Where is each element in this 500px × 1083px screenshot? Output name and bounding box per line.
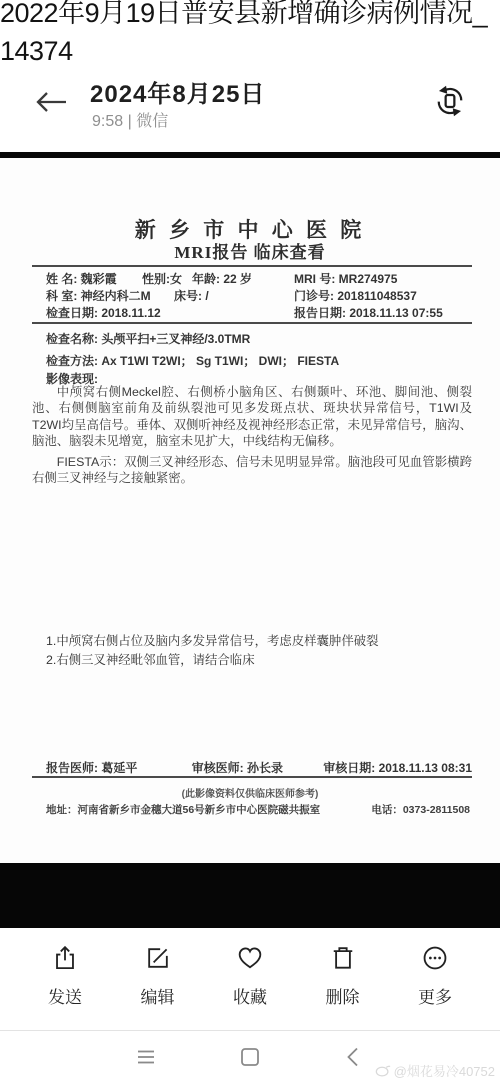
outpatient-number: 门诊号: 201811048537 xyxy=(294,287,472,304)
heart-icon xyxy=(236,944,264,972)
exam-name-row: 检查名称: 头颅平扫+三叉神经/3.0TMR xyxy=(46,330,250,347)
impression-line-1: 1.中颅窝右侧占位及脑内多发异常信号，考虑皮样囊肿伴破裂 xyxy=(46,632,472,651)
table-row: 姓 名: 魏彩霞 性别:女 年龄: 22 岁 MRI 号: MR274975 xyxy=(32,270,472,287)
disclaimer-text: (此影像资料仅供临床医师参考) xyxy=(0,785,500,800)
rotate-icon xyxy=(433,84,467,118)
report-type-subtitle: MRI报告 临床查看 xyxy=(0,244,500,262)
report-doctor: 报告医师: 葛延平 xyxy=(46,759,192,776)
footer-contact-row: 地址：河南省新乡市金穗大道56号新乡市中心医院磁共振室 电话：0373-2811… xyxy=(46,802,470,817)
hospital-address: 地址：河南省新乡市金穗大道56号新乡市中心医院磁共振室 xyxy=(46,802,320,817)
rule-under-signature xyxy=(32,776,472,778)
table-row: 检查日期: 2018.11.12 报告日期: 2018.11.13 07:55 xyxy=(32,304,472,321)
hospital-name: 新 乡 市 中 心 医 院 xyxy=(0,218,500,242)
favorite-label: 收藏 xyxy=(233,983,267,1008)
report-date: 报告日期: 2018.11.13 07:55 xyxy=(294,304,472,321)
patient-info-table: 姓 名: 魏彩霞 性别:女 年龄: 22 岁 MRI 号: MR274975 科… xyxy=(32,270,472,321)
rule-under-title xyxy=(32,265,472,267)
patient-bed: 床号: / xyxy=(174,287,294,304)
page-title: 2022年9月19日普安县新增确诊病例情况_14374 xyxy=(0,0,500,70)
hospital-phone: 电话：0373-2811508 xyxy=(371,802,470,817)
watermark-text: @烟花易冷40752 xyxy=(394,1061,495,1080)
mri-number: MRI 号: MR274975 xyxy=(294,270,472,287)
table-row: 科 室: 神经内科二M 床号: / 门诊号: 201811048537 xyxy=(32,287,472,304)
recents-button[interactable] xyxy=(237,1044,263,1070)
rotate-screen-button[interactable] xyxy=(433,84,467,118)
bottom-letterbox-bar xyxy=(0,863,500,928)
send-button[interactable]: 发送 xyxy=(33,938,97,1030)
edit-icon xyxy=(144,944,172,972)
gallery-header: 2024年8月25日 9:58 | 微信 xyxy=(0,72,500,152)
android-navbar: @烟花易冷40752 xyxy=(0,1030,500,1083)
review-doctor: 审核医师: 孙长录 xyxy=(192,759,324,776)
exam-date: 检查日期: 2018.11.12 xyxy=(46,304,294,321)
trash-icon xyxy=(329,944,357,972)
edit-label: 编辑 xyxy=(141,983,175,1008)
review-date: 审核日期: 2018.11.13 08:31 xyxy=(323,759,472,776)
more-icon xyxy=(421,944,449,972)
edit-button[interactable]: 编辑 xyxy=(126,938,190,1030)
impression-section: 1.中颅窝右侧占位及脑内多发异常信号，考虑皮样囊肿伴破裂 2.右侧三叉神经毗邻血… xyxy=(46,632,472,669)
findings-paragraph-1: 中颅窝右侧Meckel腔、右侧桥小脑角区、右侧颞叶、环池、脚间池、侧裂池、右侧侧… xyxy=(32,384,472,450)
back-nav-button[interactable] xyxy=(341,1044,367,1070)
more-label: 更多 xyxy=(418,983,452,1008)
back-arrow-icon xyxy=(34,88,68,116)
delete-label: 删除 xyxy=(326,983,360,1008)
action-toolbar: 发送 编辑 收藏 xyxy=(0,928,500,1030)
chevron-left-icon xyxy=(341,1044,367,1070)
findings-paragraph-2: FIESTA示：双侧三叉神经形态、信号未见明显异常。脑池段可见血管影横跨右侧三叉… xyxy=(32,454,472,487)
menu-icon xyxy=(133,1044,159,1070)
impression-line-2: 2.右侧三叉神经毗邻血管，请结合临床 xyxy=(46,651,472,670)
more-button[interactable]: 更多 xyxy=(403,938,467,1030)
patient-gender: 性别:女 xyxy=(142,270,192,287)
favorite-button[interactable]: 收藏 xyxy=(218,938,282,1030)
send-label: 发送 xyxy=(48,983,82,1008)
square-icon xyxy=(237,1044,263,1070)
mri-report-image[interactable]: 新 乡 市 中 心 医 院 MRI报告 临床查看 姓 名: 魏彩霞 性别:女 年… xyxy=(0,158,500,863)
date-title: 2024年8月25日 xyxy=(90,74,265,109)
patient-name: 姓 名: 魏彩霞 xyxy=(46,270,142,287)
back-button[interactable] xyxy=(34,88,68,116)
menu-button[interactable] xyxy=(133,1044,159,1070)
exam-method-row: 检查方法: Ax T1WI T2WI； Sg T1WI； DWI； FIESTA xyxy=(46,352,339,369)
findings-section: 中颅窝右侧Meckel腔、右侧桥小脑角区、右侧颞叶、环池、脚间池、侧裂池、右侧侧… xyxy=(32,384,472,486)
delete-button[interactable]: 删除 xyxy=(311,938,375,1030)
screen: 2022年9月19日普安县新增确诊病例情况_14374 2024年8月25日 9… xyxy=(0,0,500,1083)
patient-department: 科 室: 神经内科二M xyxy=(46,287,174,304)
time-source-subtitle: 9:58 | 微信 xyxy=(92,108,168,131)
patient-age: 年龄: 22 岁 xyxy=(192,270,294,287)
watermark-logo-icon xyxy=(375,1064,391,1077)
signature-row: 报告医师: 葛延平 审核医师: 孙长录 审核日期: 2018.11.13 08:… xyxy=(32,759,472,776)
share-icon xyxy=(51,944,79,972)
rule-under-patient-info xyxy=(32,322,472,324)
watermark: @烟花易冷40752 xyxy=(375,1061,495,1080)
